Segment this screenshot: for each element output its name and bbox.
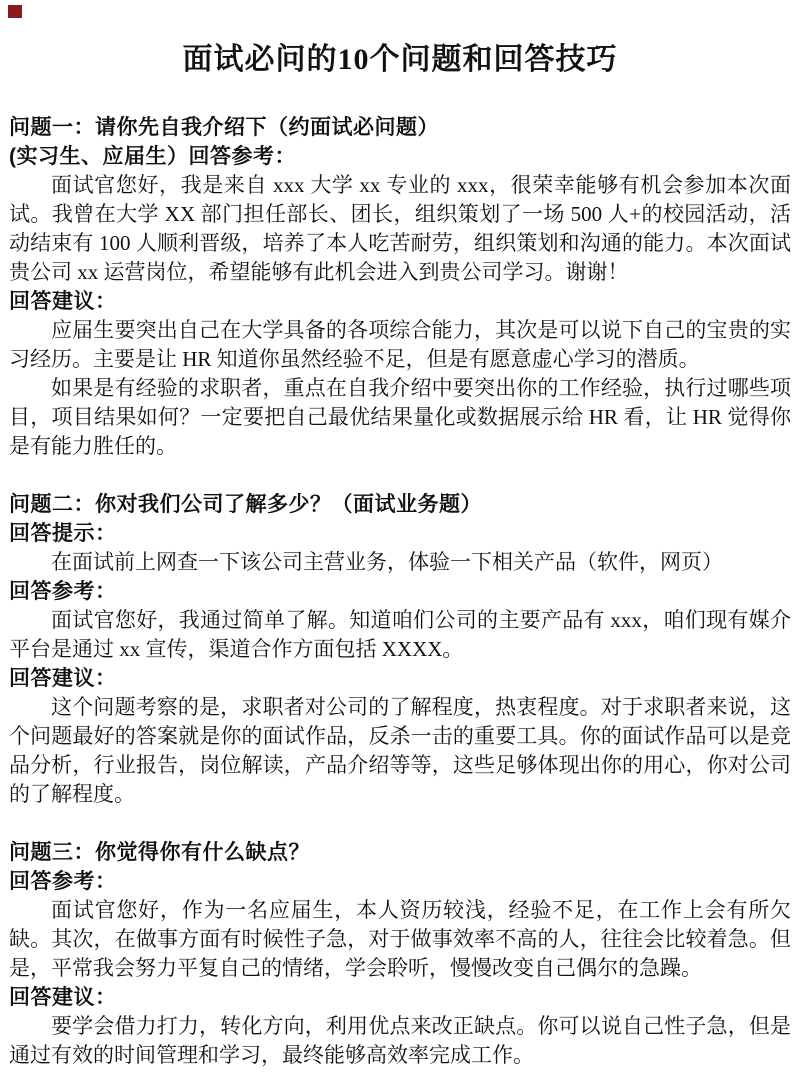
body-paragraph: 面试官您好，作为一名应届生，本人资历较浅，经验不足，在工作上会有所欠缺。其次，在…	[9, 896, 791, 983]
body-paragraph: 面试官您好，我通过简单了解。知道咱们公司的主要产品有 xxx，咱们现有媒介平台是…	[9, 606, 791, 664]
section-heading: 回答建议：	[9, 287, 791, 316]
blank-line	[9, 461, 791, 490]
body-paragraph: 应届生要突出自己在大学具备的各项综合能力，其次是可以说下自己的宝贵的实习经历。主…	[9, 316, 791, 374]
section-heading: 回答建议：	[9, 664, 791, 693]
document-page: 面试必问的10个问题和回答技巧 问题一：请你先自我介绍下（约面试必问题）(实习生…	[0, 0, 800, 1086]
section-heading: 回答参考：	[9, 867, 791, 896]
body-paragraph: 要学会借力打力，转化方向，利用优点来改正缺点。你可以说自己性子急，但是通过有效的…	[9, 1012, 791, 1070]
body-paragraph: 如果是有经验的求职者，重点在自我介绍中要突出你的工作经验，执行过哪些项目，项目结…	[9, 374, 791, 461]
section-heading: 回答提示：	[9, 519, 791, 548]
section-heading: (实习生、应届生）回答参考：	[9, 142, 791, 171]
section-heading: 回答参考：	[9, 577, 791, 606]
body-paragraph: 这个问题考察的是，求职者对公司的了解程度，热衷程度。对于求职者来说，这个问题最好…	[9, 693, 791, 809]
blank-line	[9, 809, 791, 838]
body-paragraph: 在面试前上网查一下该公司主营业务，体验一下相关产品（软件，网页）	[9, 548, 791, 577]
body-paragraph: 面试官您好，我是来自 xxx 大学 xx 专业的 xxx，很荣幸能够有机会参加本…	[9, 171, 791, 287]
document-body: 问题一：请你先自我介绍下（约面试必问题）(实习生、应届生）回答参考：面试官您好，…	[0, 113, 800, 1070]
document-title: 面试必问的10个问题和回答技巧	[0, 0, 800, 80]
red-corner-mark	[8, 5, 22, 18]
section-heading: 问题一：请你先自我介绍下（约面试必问题）	[9, 113, 791, 142]
section-heading: 问题三：你觉得你有什么缺点？	[9, 838, 791, 867]
section-heading: 问题二：你对我们公司了解多少？（面试业务题）	[9, 490, 791, 519]
section-heading: 回答建议：	[9, 983, 791, 1012]
